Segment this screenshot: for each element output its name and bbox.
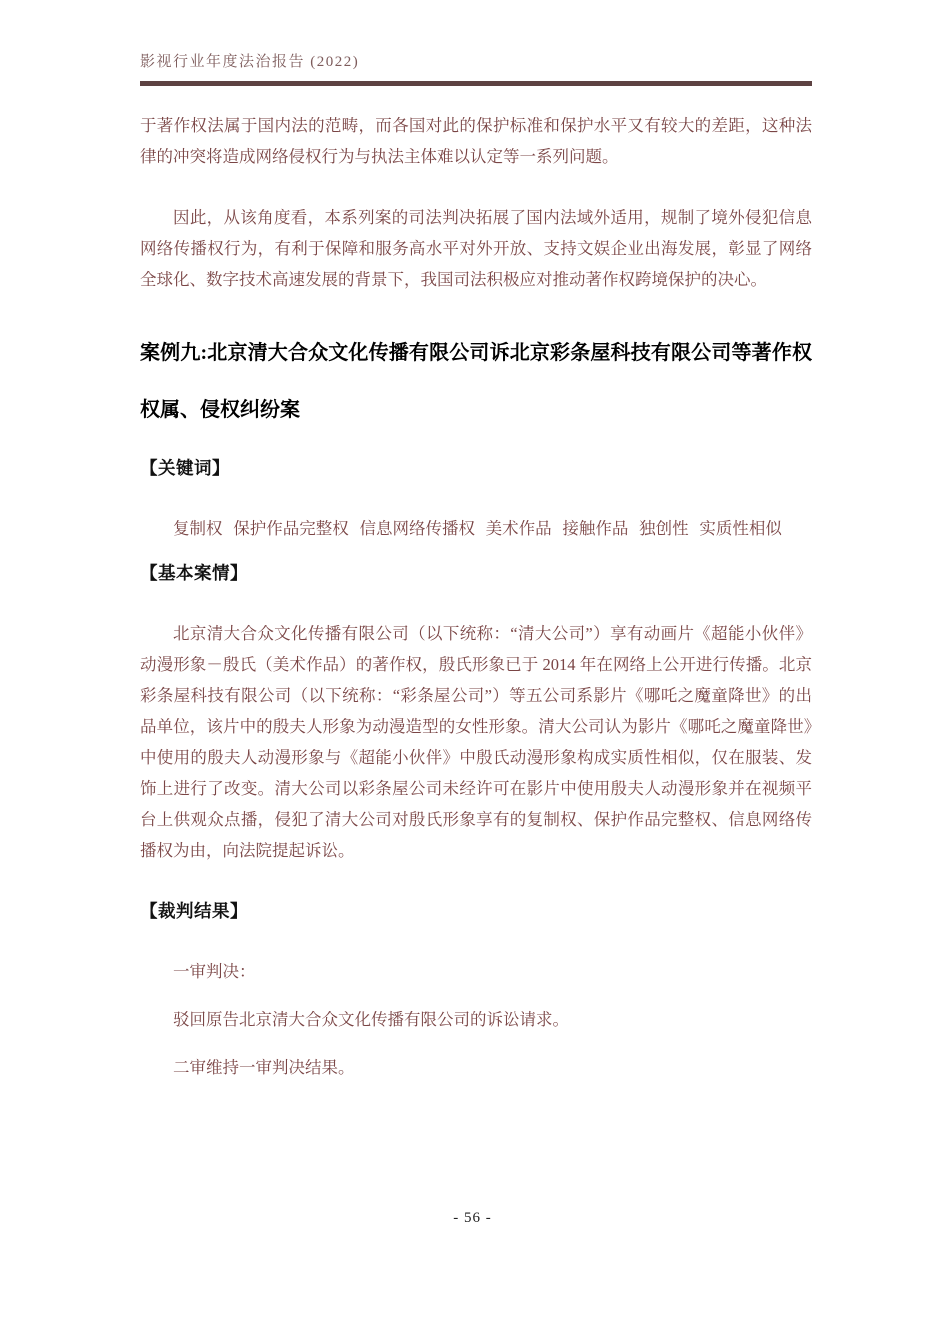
- page-header: 影视行业年度法治报告 (2022): [140, 50, 812, 86]
- paragraph-conclusion: 因此，从该角度看，本系列案的司法判决拓展了国内法域外适用，规制了境外侵犯信息网络…: [140, 202, 812, 295]
- judgment-result-line: 驳回原告北京清大合众文化传播有限公司的诉讼请求。: [140, 1004, 812, 1035]
- page-number: - 56 -: [0, 1210, 945, 1227]
- basic-facts-paragraph: 北京清大合众文化传播有限公司（以下统称：“清大公司”）享有动画片《超能小伙伴》动…: [140, 618, 812, 866]
- section-heading-keywords: 【关键词】: [140, 453, 812, 483]
- section-heading-basic-facts: 【基本案情】: [140, 558, 812, 588]
- judgment-result-line: 一审判决：: [140, 956, 812, 987]
- paragraph-continuation: 于著作权法属于国内法的范畴，而各国对此的保护标准和保护水平又有较大的差距，这种法…: [140, 110, 812, 172]
- page-content: 于著作权法属于国内法的范畴，而各国对此的保护标准和保护水平又有较大的差距，这种法…: [140, 110, 812, 1100]
- header-divider: [140, 81, 812, 86]
- judgment-result-line: 二审维持一审判决结果。: [140, 1052, 812, 1083]
- report-title: 影视行业年度法治报告 (2022): [140, 50, 812, 71]
- document-page: 影视行业年度法治报告 (2022) 于著作权法属于国内法的范畴，而各国对此的保护…: [0, 0, 945, 1336]
- case-title: 案例九:北京清大合众文化传播有限公司诉北京彩条屋科技有限公司等著作权权属、侵权纠…: [140, 325, 812, 439]
- keywords-list: 复制权 保护作品完整权 信息网络传播权 美术作品 接触作品 独创性 实质性相似: [140, 513, 812, 544]
- section-heading-judgment-result: 【裁判结果】: [140, 896, 812, 926]
